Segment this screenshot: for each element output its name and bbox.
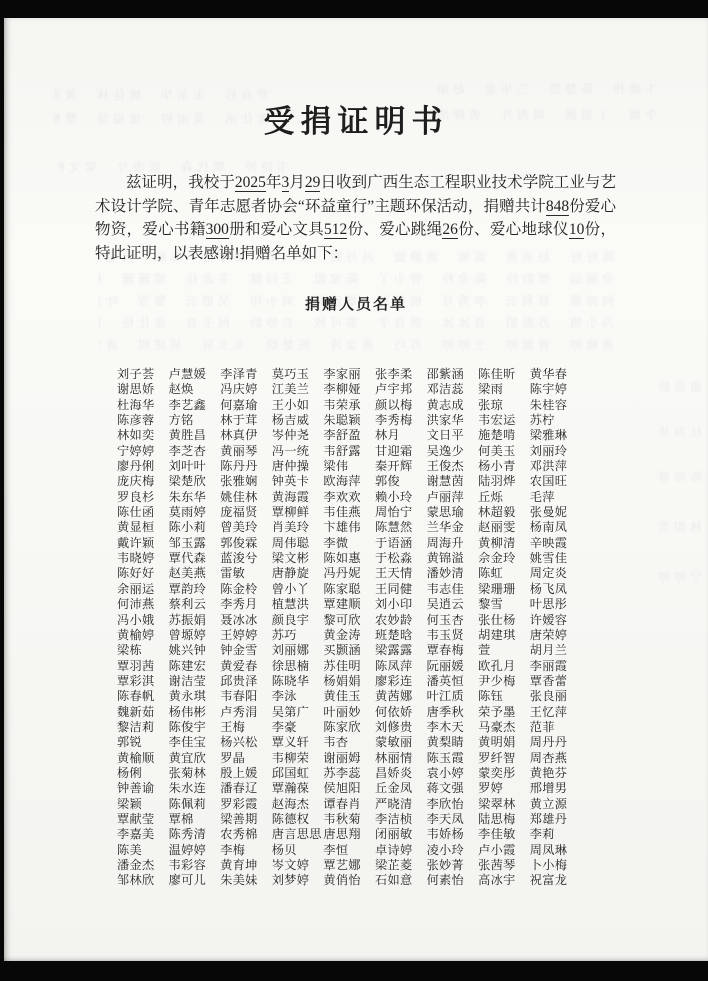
donor-name: 蒙敏丽 xyxy=(375,735,427,750)
donor-name: 蒙奕彤 xyxy=(478,766,530,781)
donor-name: 张曼妮 xyxy=(530,505,582,520)
donor-name: 卢宇邦 xyxy=(375,382,427,397)
donor-name: 覃建顺 xyxy=(323,597,375,612)
donor-name: 谢丽姆 xyxy=(323,751,375,766)
donor-name: 凌小玲 xyxy=(427,843,479,858)
donor-name: 陈好好 xyxy=(117,566,169,581)
donor-name: 周海升 xyxy=(427,536,479,551)
donor-name: 李柳娅 xyxy=(323,382,375,397)
donor-name: 梁珊珊 xyxy=(478,582,530,597)
donor-name: 邱贵泽 xyxy=(220,674,272,689)
donor-name: 韦荣承 xyxy=(323,398,375,413)
donor-name: 钟英卡 xyxy=(272,474,324,489)
donor-name: 张雅娴 xyxy=(220,474,272,489)
donor-name: 蒋文强 xyxy=(427,781,479,796)
donor-name: 唐季秋 xyxy=(427,705,479,720)
donor-name: 黄榆顺 xyxy=(117,751,169,766)
donor-name: 邱国虹 xyxy=(272,766,324,781)
donor-name: 林月 xyxy=(375,428,427,443)
donor-name: 王忆萍 xyxy=(530,705,582,720)
donor-name: 唐仲操 xyxy=(272,459,324,474)
donor-name: 林于茸 xyxy=(220,413,272,428)
donor-name: 陈晓华 xyxy=(272,674,324,689)
donor-name: 周丹丹 xyxy=(530,735,582,750)
donor-name: 李天凤 xyxy=(427,812,479,827)
donor-name: 陈建宏 xyxy=(169,659,221,674)
donor-name: 李佳敏 xyxy=(478,827,530,842)
donor-name: 何嘉瑜 xyxy=(220,398,272,413)
donor-name: 梁雅琳 xyxy=(530,428,582,443)
bleedthrough-text: 冯小娥 苏振娟 聂冰冰 颜良宇 黎可欣 农妙龄 何玉杏 张仕杨 许嫒容 xyxy=(99,314,614,331)
donor-name: 黄海霞 xyxy=(272,490,324,505)
donor-name: 秦开辉 xyxy=(375,459,427,474)
donor-name: 余丽运 xyxy=(117,582,169,597)
donor-name: 林超毅 xyxy=(478,505,530,520)
donor-name: 陈佳昕 xyxy=(478,367,530,382)
body-text-segment: 兹证明，我校于 xyxy=(126,174,235,191)
donor-name: 梁伟 xyxy=(323,459,375,474)
donor-name: 覃柳鲜 xyxy=(272,505,324,520)
donor-name: 张良丽 xyxy=(530,689,582,704)
donor-name: 莫雨婷 xyxy=(169,505,221,520)
donor-name: 吴第广 xyxy=(272,705,324,720)
donor-name: 黎洁莉 xyxy=(117,720,169,735)
donor-name: 黄榆婷 xyxy=(117,628,169,643)
donor-name: 卢秀涓 xyxy=(220,705,272,720)
donor-name: 梁芷菱 xyxy=(375,858,427,873)
donor-name: 叶思彤 xyxy=(530,597,582,612)
donor-name: 韦秋菊 xyxy=(323,812,375,827)
donor-name: 李梅 xyxy=(220,843,272,858)
underlined-value: 10 xyxy=(569,221,585,239)
donor-name: 文日平 xyxy=(427,428,479,443)
donor-name: 刘子荟 xyxy=(117,367,169,382)
donor-name: 王天情 xyxy=(375,566,427,581)
donor-name: 李嘉美 xyxy=(117,827,169,842)
donor-name: 王小如 xyxy=(272,398,324,413)
scanner-background: 罗良杉 朱东华 姚佳林 黄海霞陈仕函 莫雨婷 庞福贤 覃柳鲜卞雄伟 陈慧然 兰华… xyxy=(0,0,708,981)
donor-name: 覃代森 xyxy=(169,551,221,566)
donor-name: 郭锐 xyxy=(117,735,169,750)
donor-name: 张琼 xyxy=(478,398,530,413)
donor-name: 唐言思思 xyxy=(272,827,324,842)
donor-name: 卓诗婷 xyxy=(375,843,427,858)
donor-name: 梁楚欣 xyxy=(169,474,221,489)
donor-name: 覃韵玲 xyxy=(169,582,221,597)
donor-name: 李舒盈 xyxy=(323,428,375,443)
donor-name: 谢思娇 xyxy=(117,382,169,397)
donor-name: 邹玉露 xyxy=(169,536,221,551)
donor-name: 殷上媛 xyxy=(220,766,272,781)
donor-name: 张妙菁 xyxy=(427,858,479,873)
donor-name: 梁翠林 xyxy=(478,797,530,812)
donor-name: 颜以梅 xyxy=(375,398,427,413)
donor-name: 韦春阳 xyxy=(220,689,272,704)
donor-name: 唐荣婷 xyxy=(530,628,582,643)
donor-name: 蔡利云 xyxy=(169,597,221,612)
donor-name: 罗良杉 xyxy=(117,490,169,505)
body-text-segment: 份、爱心地球仪 xyxy=(458,221,569,238)
donor-name: 黄金涛 xyxy=(323,628,375,643)
donor-name: 卢丽萍 xyxy=(427,490,479,505)
donor-name: 于语涵 xyxy=(375,536,427,551)
donor-name: 蓝浚兮 xyxy=(220,551,272,566)
donor-name: 苏柠 xyxy=(530,413,582,428)
donor-name: 佘金玲 xyxy=(478,551,530,566)
donor-name: 何沛燕 xyxy=(117,597,169,612)
donor-name: 王俊杰 xyxy=(427,459,479,474)
donor-name: 黄锦溢 xyxy=(427,551,479,566)
donor-name: 冯庆婷 xyxy=(220,382,272,397)
donor-name: 梁善期 xyxy=(220,812,272,827)
donor-name: 毛萍 xyxy=(530,490,582,505)
donor-name: 黄宜欣 xyxy=(169,751,221,766)
donor-name: 杨伟彬 xyxy=(169,705,221,720)
donor-name: 张茜琴 xyxy=(478,858,530,873)
donor-name: 杨飞凤 xyxy=(530,582,582,597)
donor-name: 何玉杏 xyxy=(427,613,479,628)
donor-name: 谭春肖 xyxy=(323,797,375,812)
donor-name: 黄立源 xyxy=(530,797,582,812)
donor-name: 杨俐 xyxy=(117,766,169,781)
donor-name: 袁小婷 xyxy=(427,766,479,781)
donor-name: 李恒 xyxy=(323,843,375,858)
donor-name: 周伟聪 xyxy=(272,536,324,551)
donor-name: 尹少梅 xyxy=(478,674,530,689)
donor-name: 韦柳荣 xyxy=(272,751,324,766)
donor-name: 萱 xyxy=(478,643,530,658)
donor-name: 韦志佳 xyxy=(427,582,479,597)
donor-name: 邵紫涵 xyxy=(427,367,479,382)
donor-name: 郑雄丹 xyxy=(530,812,582,827)
underlined-value: 29 xyxy=(305,174,321,192)
body-text-segment: 份、爱心跳绳 xyxy=(347,221,442,238)
donor-name: 闭丽敏 xyxy=(375,827,427,842)
donor-name: 覃瀚葆 xyxy=(272,781,324,796)
donor-name: 徐思楠 xyxy=(272,659,324,674)
donor-name: 覃羽茜 xyxy=(117,659,169,674)
donor-name: 曾塬婷 xyxy=(169,628,221,643)
donor-name: 陈如惠 xyxy=(323,551,375,566)
donor-name: 韦彩容 xyxy=(169,858,221,873)
donor-name: 曾小丫 xyxy=(272,582,324,597)
donor-name: 李微 xyxy=(323,536,375,551)
donor-name: 黄俏怡 xyxy=(323,873,375,888)
donor-name: 杨兴松 xyxy=(220,735,272,750)
donor-name: 王梅 xyxy=(220,720,272,735)
donor-name: 杨小青 xyxy=(478,459,530,474)
underlined-value: 512 xyxy=(324,221,347,239)
donor-name: 李莉 xyxy=(530,827,582,842)
donor-name: 廖可儿 xyxy=(169,873,221,888)
donor-name: 梁露露 xyxy=(375,643,427,658)
donor-name: 刘小印 xyxy=(375,597,427,612)
donor-name: 林真伊 xyxy=(220,428,272,443)
donor-name: 陈金柃 xyxy=(220,582,272,597)
donor-name: 侯旭阳 xyxy=(323,781,375,796)
donor-name: 农秀棉 xyxy=(220,827,272,842)
body-text-segment: 册和爱心文具 xyxy=(229,221,324,238)
donor-name: 廖彩连 xyxy=(375,674,427,689)
donor-name: 曾美玲 xyxy=(220,520,272,535)
donor-name: 李秀月 xyxy=(220,597,272,612)
donor-name: 姚佳林 xyxy=(220,490,272,505)
donor-name: 李木天 xyxy=(427,720,479,735)
donor-name: 梁雨 xyxy=(478,382,530,397)
certificate-page: 罗良杉 朱东华 姚佳林 黄海霞陈仕函 莫雨婷 庞福贤 覃柳鲜卞雄伟 陈慧然 兰华… xyxy=(4,18,708,961)
donor-name: 陈彦蓉 xyxy=(117,413,169,428)
donor-name: 陈佩莉 xyxy=(169,797,221,812)
donor-name: 韦杏 xyxy=(323,735,375,750)
donor-name: 阮丽媛 xyxy=(427,659,479,674)
donor-name: 欧孔月 xyxy=(478,659,530,674)
donor-name: 陈美 xyxy=(117,843,169,858)
donor-name: 谢慧茵 xyxy=(427,474,479,489)
donor-name: 苏巧 xyxy=(272,628,324,643)
bleedthrough-text: 黄榆婷 曾塬婷 王婷婷 苏巧 黄金涛 班楚晗 韦玉贤 胡建琪 唐荣婷 xyxy=(99,336,614,353)
donor-name: 刘梦婷 xyxy=(272,873,324,888)
underlined-value: 2025 xyxy=(235,174,266,192)
donor-name: 韦舒露 xyxy=(323,444,375,459)
donor-name: 洪家华 xyxy=(427,413,479,428)
donor-name: 韦娇杨 xyxy=(427,827,479,842)
donor-name: 朱美妹 xyxy=(220,873,272,888)
donor-name: 赵丽雯 xyxy=(478,520,530,535)
donor-name: 刘修贵 xyxy=(375,720,427,735)
donor-name: 陈家欣 xyxy=(323,720,375,735)
donor-name: 甘迎霜 xyxy=(375,444,427,459)
donor-name: 姚雪佳 xyxy=(530,551,582,566)
donor-name: 李佳宝 xyxy=(169,735,221,750)
donor-name: 韦宏运 xyxy=(478,413,530,428)
donor-name: 聂冰冰 xyxy=(220,613,272,628)
donor-name: 颜良宇 xyxy=(272,613,324,628)
donor-name: 温婷婷 xyxy=(169,843,221,858)
donor-name: 赖小玲 xyxy=(375,490,427,505)
donor-name: 郭俊 xyxy=(375,474,427,489)
donor-name: 戴许颖 xyxy=(117,536,169,551)
donor-name: 庞福贤 xyxy=(220,505,272,520)
donor-name: 胡月兰 xyxy=(530,643,582,658)
donor-name: 黄永琪 xyxy=(169,689,221,704)
donor-name: 陆思梅 xyxy=(478,812,530,827)
donor-name: 韦晓婷 xyxy=(117,551,169,566)
donor-name: 邓洪萍 xyxy=(530,459,582,474)
donor-name: 杨吉威 xyxy=(272,413,324,428)
donor-name: 欧海萍 xyxy=(323,474,375,489)
donor-name: 吴逸少 xyxy=(427,444,479,459)
underlined-value: 300 xyxy=(206,221,229,239)
donor-name: 陈慧然 xyxy=(375,520,427,535)
donor-name: 冯一统 xyxy=(272,444,324,459)
donor-name: 马豪杰 xyxy=(478,720,530,735)
donor-name: 黄爱春 xyxy=(220,659,272,674)
donor-name: 冯小娥 xyxy=(117,613,169,628)
donor-name: 王同健 xyxy=(375,582,427,597)
donor-name: 邹林欣 xyxy=(117,873,169,888)
donor-name: 张李柔 xyxy=(375,367,427,382)
donor-name: 李洁桢 xyxy=(375,812,427,827)
donor-name: 荣予墨 xyxy=(478,705,530,720)
donor-name: 黄明娟 xyxy=(478,735,530,750)
donor-name: 雷敏 xyxy=(220,566,272,581)
underlined-value: 848 xyxy=(546,198,569,216)
donor-name: 张仕杨 xyxy=(478,613,530,628)
donor-name: 黄梨睛 xyxy=(427,735,479,750)
donor-name: 丘金凤 xyxy=(375,781,427,796)
donor-name: 陈仕函 xyxy=(117,505,169,520)
donor-name: 覃献莹 xyxy=(117,812,169,827)
donor-name: 周定炎 xyxy=(530,566,582,581)
donor-name: 唐思翔 xyxy=(323,827,375,842)
donor-name: 卢小霞 xyxy=(478,843,530,858)
donor-name: 范菲 xyxy=(530,720,582,735)
donor-name: 李泽青 xyxy=(220,367,272,382)
donor-name: 何美玉 xyxy=(478,444,530,459)
donor-name: 黄茜娜 xyxy=(375,689,427,704)
donor-name: 朱桂容 xyxy=(530,398,582,413)
donor-name: 李欣怡 xyxy=(427,797,479,812)
donor-name: 叶江质 xyxy=(427,689,479,704)
donor-name: 何依娇 xyxy=(375,705,427,720)
donor-name: 杨贝 xyxy=(272,843,324,858)
donor-name: 朱聪颖 xyxy=(323,413,375,428)
donor-name: 李丽霞 xyxy=(530,659,582,674)
donor-name: 黄艳芬 xyxy=(530,766,582,781)
donor-name: 蒙思瑜 xyxy=(427,505,479,520)
donor-name: 林丽情 xyxy=(375,751,427,766)
donor-name: 黄丽琴 xyxy=(220,444,272,459)
donor-name: 韦佳燕 xyxy=(323,505,375,520)
donor-name: 买颢涵 xyxy=(323,643,375,658)
donor-name: 祝富龙 xyxy=(530,873,582,888)
donor-name: 叶丽妙 xyxy=(323,705,375,720)
donor-name: 梁文彬 xyxy=(272,551,324,566)
donor-name: 赵海杰 xyxy=(272,797,324,812)
donor-name: 朱东华 xyxy=(169,490,221,505)
donor-name: 潘妙清 xyxy=(427,566,479,581)
donor-name: 罗彩霞 xyxy=(220,797,272,812)
donor-name: 何素怡 xyxy=(427,873,479,888)
certificate-body-text: 兹证明，我校于2025年3月29日收到广西生态工程职业技术学院工业与艺术设计学院… xyxy=(95,171,616,265)
donor-name: 李艺鑫 xyxy=(169,398,221,413)
donor-name: 张菊林 xyxy=(169,766,221,781)
donor-name: 黄显桓 xyxy=(117,520,169,535)
donor-name: 廖丹俐 xyxy=(117,459,169,474)
donor-name: 潘金杰 xyxy=(117,858,169,873)
donor-name: 李欢欢 xyxy=(323,490,375,505)
donor-name: 辛映霞 xyxy=(530,536,582,551)
donor-name: 朱水连 xyxy=(169,781,221,796)
donor-name: 陈玉霞 xyxy=(427,751,479,766)
donor-name: 李秀梅 xyxy=(375,413,427,428)
donor-name: 兰华金 xyxy=(427,520,479,535)
donor-name: 钟善谕 xyxy=(117,781,169,796)
donor-name: 高冰宇 xyxy=(478,873,530,888)
donor-name: 林如奕 xyxy=(117,428,169,443)
donor-name: 谢洁莹 xyxy=(169,674,221,689)
donor-name: 陈秀清 xyxy=(169,827,221,842)
donor-name: 黄志成 xyxy=(427,398,479,413)
donor-name: 唐静旋 xyxy=(272,566,324,581)
donor-name: 覃义轩 xyxy=(272,735,324,750)
donor-name: 卜小梅 xyxy=(530,858,582,873)
donor-name: 于松淼 xyxy=(375,551,427,566)
donor-name: 庞庆梅 xyxy=(117,474,169,489)
donor-name: 陈俊宇 xyxy=(169,720,221,735)
donor-name: 黄华春 xyxy=(530,367,582,382)
donor-name: 莫巧玉 xyxy=(272,367,324,382)
donor-name: 杨娟娟 xyxy=(323,674,375,689)
donor-name: 陈德权 xyxy=(272,812,324,827)
donor-name: 苏振娟 xyxy=(169,613,221,628)
donor-name: 黎雪 xyxy=(478,597,530,612)
donor-name: 罗纤智 xyxy=(478,751,530,766)
donor-name: 方铭 xyxy=(169,413,221,428)
donor-name: 黎可欣 xyxy=(323,613,375,628)
donor-name: 潘春辽 xyxy=(220,781,272,796)
donor-name: 邓洁蕊 xyxy=(427,382,479,397)
donor-name: 李泳 xyxy=(272,689,324,704)
donor-name: 周凤琳 xyxy=(530,843,582,858)
donor-name: 陆羽烨 xyxy=(478,474,530,489)
donor-name: 岑仲尧 xyxy=(272,428,324,443)
donor-name: 胡建琪 xyxy=(478,628,530,643)
donor-name: 赵美燕 xyxy=(169,566,221,581)
donor-name: 邢增男 xyxy=(530,781,582,796)
donor-name: 罗婷 xyxy=(478,781,530,796)
donor-name: 钟金雪 xyxy=(220,643,272,658)
donor-name: 岑文婷 xyxy=(272,858,324,873)
donor-name: 昌娇炎 xyxy=(375,766,427,781)
donor-name: 梁颖 xyxy=(117,797,169,812)
donor-name: 黄胜昌 xyxy=(169,428,221,443)
donor-name: 卢慧媛 xyxy=(169,367,221,382)
donor-name: 农国旺 xyxy=(530,474,582,489)
donor-name: 苏李蕊 xyxy=(323,766,375,781)
underlined-value: 26 xyxy=(442,221,458,239)
donor-name: 周怡宁 xyxy=(375,505,427,520)
bleedthrough-text: 余丽运 覃韵玲 陈金柃 曾小丫 陈家聪 王同健 韦志佳 梁珊珊 杨飞凤 xyxy=(99,270,614,287)
donor-name: 陈家聪 xyxy=(323,582,375,597)
donor-name: 苏佳明 xyxy=(323,659,375,674)
donor-name: 陈小莉 xyxy=(169,520,221,535)
donor-name: 梁栋 xyxy=(117,643,169,658)
donor-name: 赵焕 xyxy=(169,382,221,397)
donor-name: 覃艺娜 xyxy=(323,858,375,873)
donor-name: 陈丹丹 xyxy=(220,459,272,474)
donor-name-grid: 刘子荟卢慧媛李泽青莫巧玉李家丽张李柔邵紫涵陈佳昕黄华春谢思娇赵焕冯庆婷江美兰李柳… xyxy=(117,367,708,889)
donor-name: 江美兰 xyxy=(272,382,324,397)
donor-name: 刘叶叶 xyxy=(169,459,221,474)
donor-name: 冯丹妮 xyxy=(323,566,375,581)
donor-name: 陈春帆 xyxy=(117,689,169,704)
donor-name: 肖美玲 xyxy=(272,520,324,535)
donor-name: 严晓清 xyxy=(375,797,427,812)
donor-name: 杨南凤 xyxy=(530,520,582,535)
donor-name: 陈钰 xyxy=(478,689,530,704)
donor-name: 李豪 xyxy=(272,720,324,735)
donor-name: 陈凤萍 xyxy=(375,659,427,674)
donor-name: 李芝杏 xyxy=(169,444,221,459)
donor-name: 宁婷婷 xyxy=(117,444,169,459)
donor-name: 丘烁 xyxy=(478,490,530,505)
body-text-segment: 年 xyxy=(266,174,282,191)
donor-name: 陈宇婷 xyxy=(530,382,582,397)
donor-name: 农妙龄 xyxy=(375,613,427,628)
body-text-segment: 月 xyxy=(289,174,305,191)
donor-name: 黄育坤 xyxy=(220,858,272,873)
